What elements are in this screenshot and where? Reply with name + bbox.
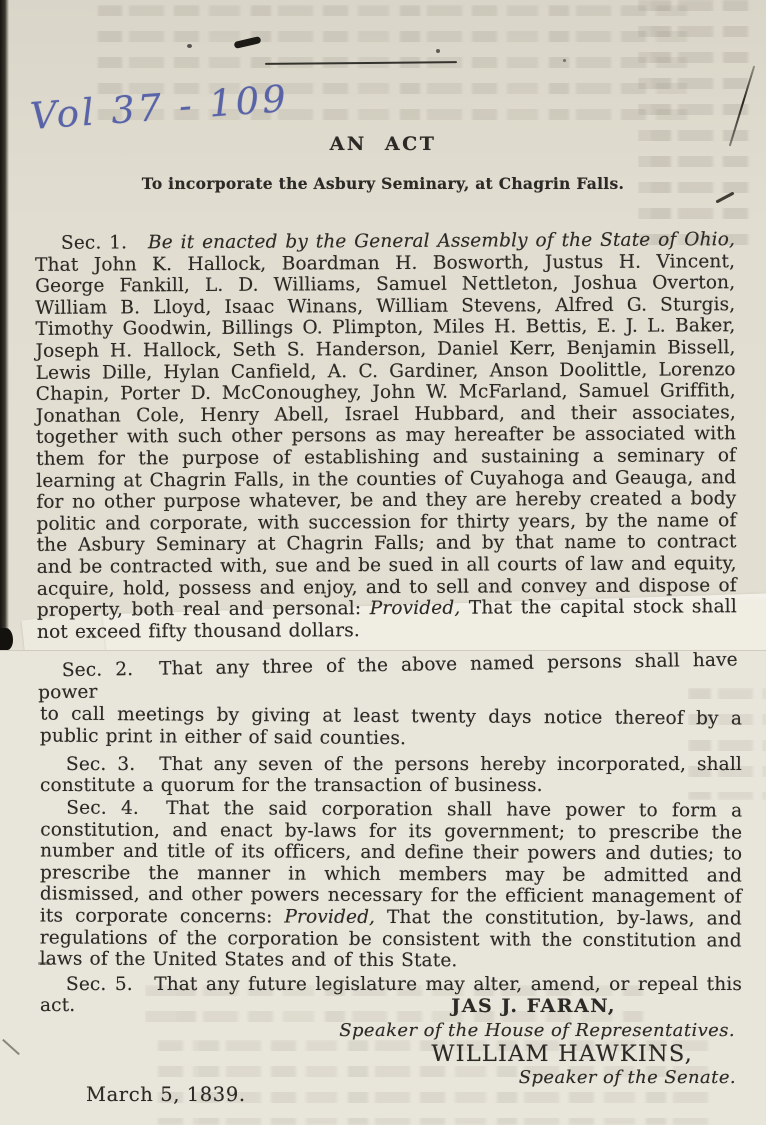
section-label: Sec. 5. [66,974,133,995]
section-label: Sec. 1. [61,232,127,253]
enacting-clause: Be it enacted by the General Assembly of… [148,229,735,253]
horizontal-rule [265,61,457,65]
section-1-paragraph: Sec. 1. Be it enacted by the General Ass… [35,229,737,643]
section-body: That any seven of the persons hereby inc… [40,754,742,797]
section-4-paragraph: Sec. 4. That the said corporation shall … [40,797,743,973]
section-label: Sec. 2. [62,659,134,681]
section-body: That any future legislature may alter, a… [40,974,742,1017]
ink-dash-mark [234,36,262,49]
act-title: AN ACT [0,133,766,155]
act-subtitle: To incorporate the Asbury Seminary, at C… [0,174,766,193]
section-label: Sec. 3. [66,754,135,775]
ink-speck [436,49,440,53]
signature-name-house: JAS J. FARAN, [451,995,616,1017]
act-date: March 5, 1839. [86,1083,246,1106]
handwritten-annotation: Vol 37 - 109 [29,77,290,138]
section-3-paragraph: Sec. 3. That any seven of the persons he… [40,754,742,797]
scan-edge-shadow [0,0,9,648]
pen-flick-mark [715,191,734,203]
section-5-paragraph: Sec. 5. That any future legislature may … [40,974,742,1017]
proviso-label: Provided, [370,597,461,618]
bleed-through-text [638,0,758,258]
ink-speck [187,44,192,48]
section-2-paragraph-continuation: to call meetings by giving at least twen… [40,703,742,751]
signature-name-senate: WILLIAM HAWKINS, [431,1041,693,1067]
signature-title-senate: Speaker of the Senate. [519,1067,736,1088]
proviso-label: Provided, [284,906,375,927]
signature-title-house: Speaker of the House of Representatives. [339,1020,735,1041]
section-body: to call meetings by giving at least twen… [40,703,742,748]
section-label: Sec. 4. [66,797,139,818]
ink-speck [563,59,566,62]
scanned-document-page: Vol 37 - 109 AN ACT To incorporate the A… [0,0,766,1125]
scan-edge-blot [0,628,13,650]
section-body: That John K. Hallock, Boardman H. Boswor… [35,250,737,620]
